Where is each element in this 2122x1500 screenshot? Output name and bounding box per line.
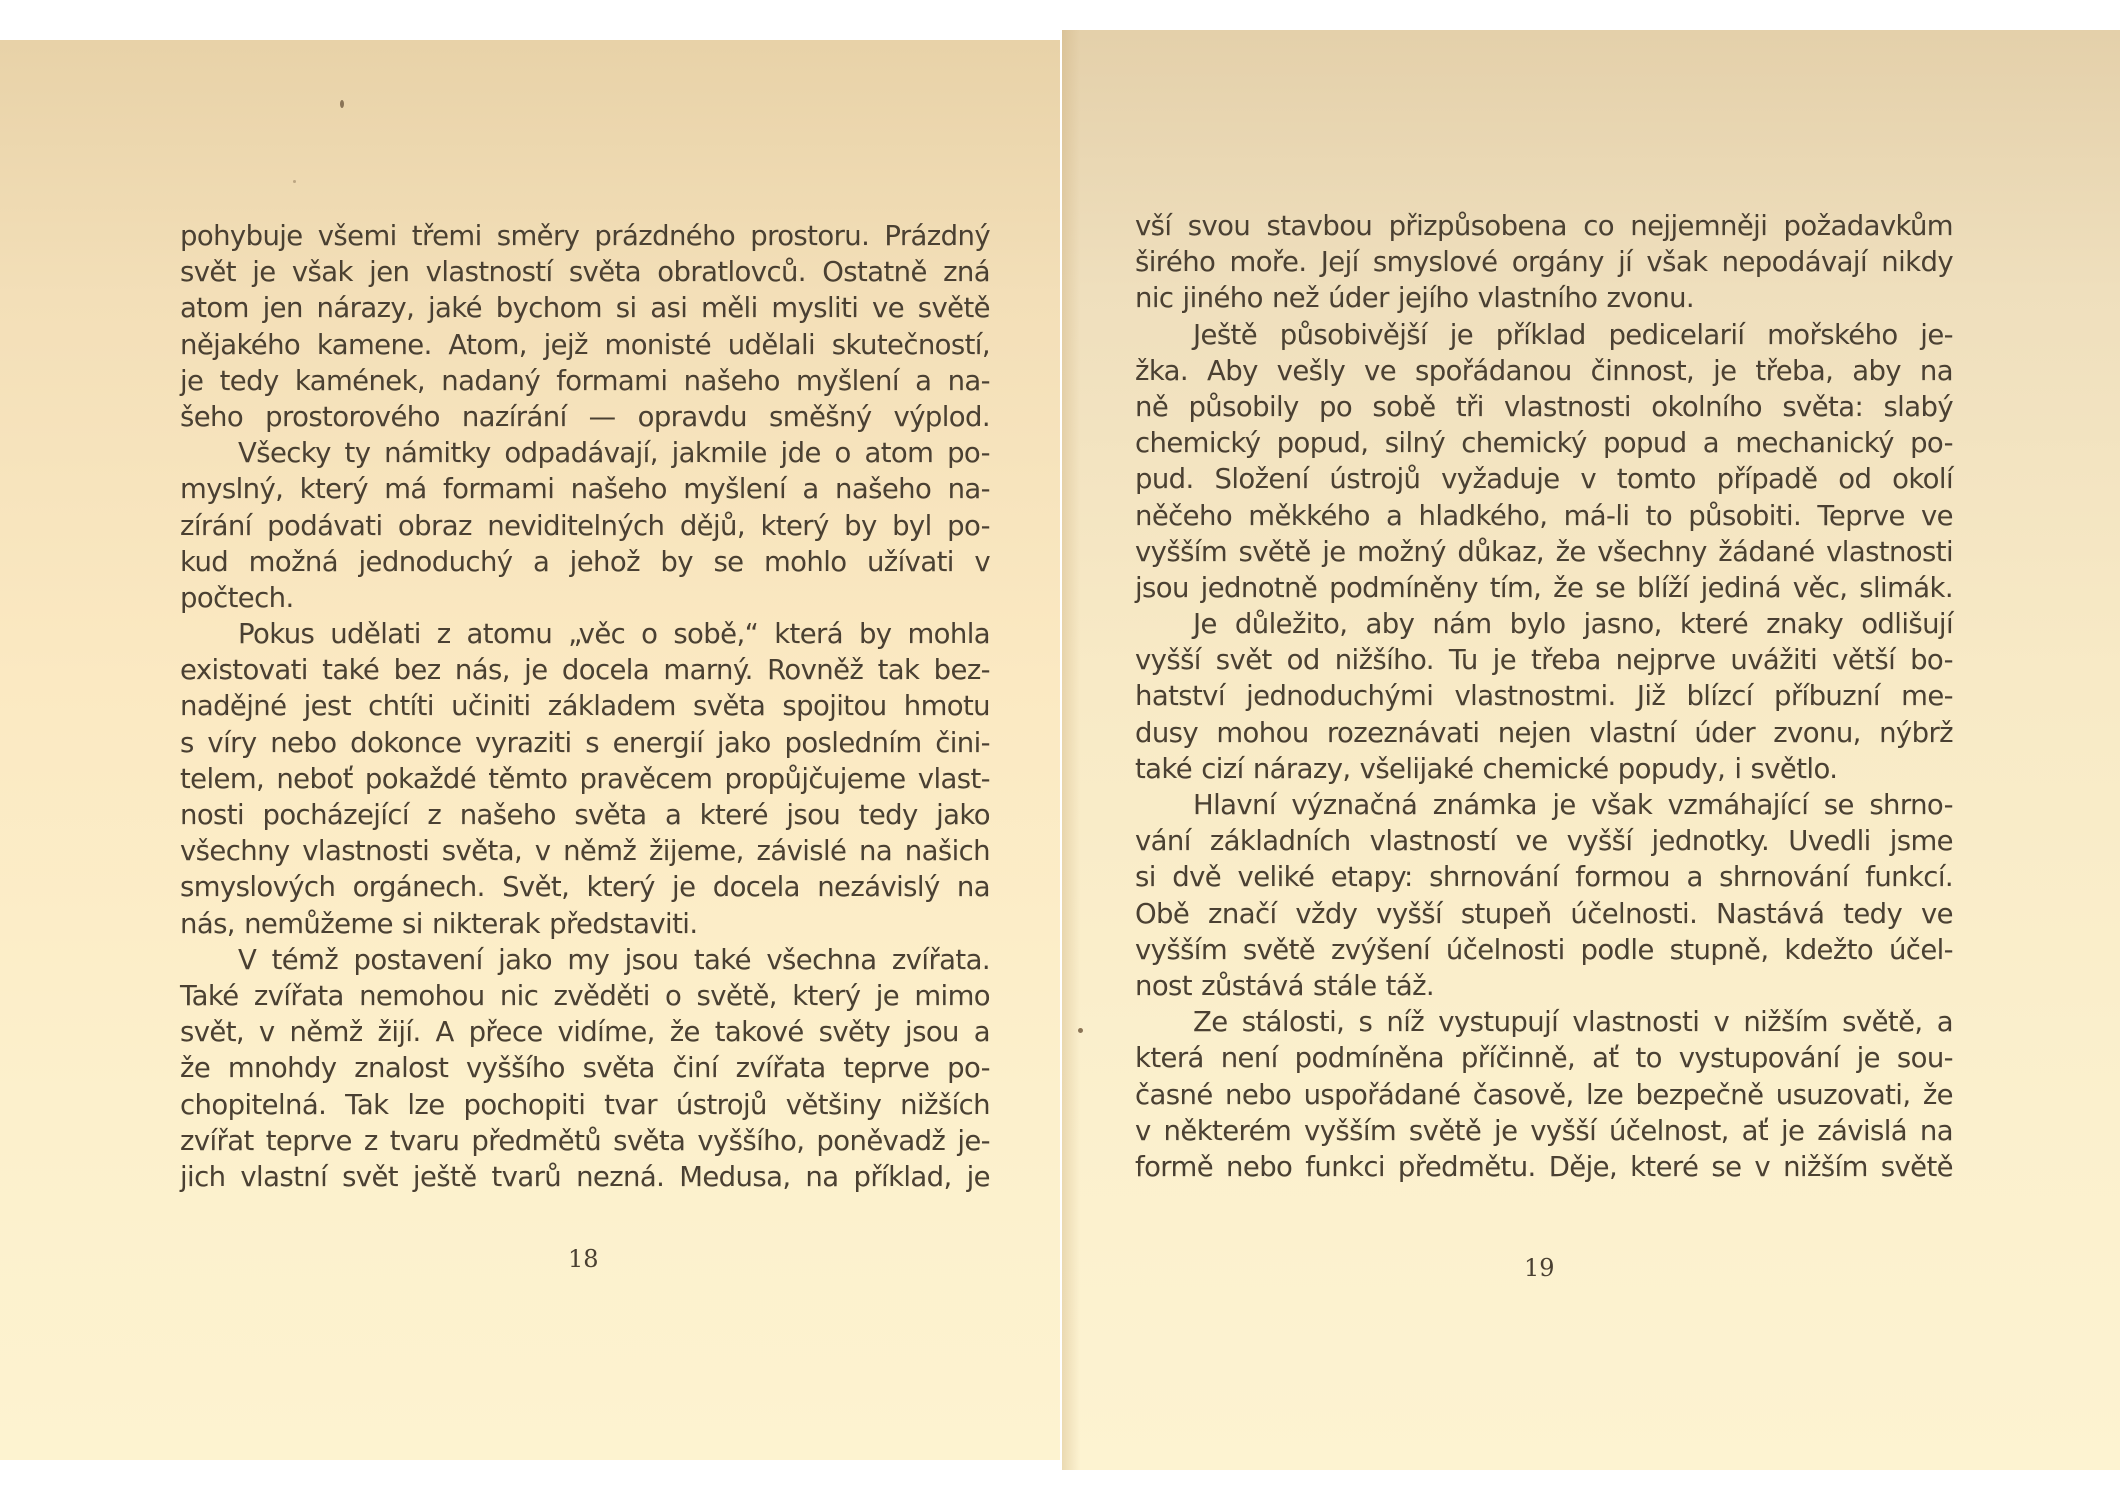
text-line: vání základních vlastností ve vyšší jedn…: [1135, 823, 1953, 859]
text-line: si dvě veliké etapy: shrnování formou a …: [1135, 859, 1953, 895]
text-line: Hlavní význačná známka je však vzmáhajíc…: [1135, 787, 1953, 823]
left-page: pohybuje všemi třemi směry prázdného pro…: [0, 40, 1060, 1460]
text-line: Ze stálosti, s níž vystupují vlastnosti …: [1135, 1004, 1953, 1040]
text-line: Všecky ty námitky odpadávají, jakmile jd…: [180, 435, 990, 471]
text-line: nic jiného než úder jejího vlastního zvo…: [1135, 280, 1953, 316]
text-line: pohybuje všemi třemi směry prázdného pro…: [180, 218, 990, 254]
text-line: počtech.: [180, 580, 990, 616]
text-line: svět je však jen vlastností světa obratl…: [180, 254, 990, 290]
text-line: s víry nebo dokonce vyraziti s energií j…: [180, 725, 990, 761]
text-line: nadějné jest chtíti učiniti základem svě…: [180, 688, 990, 724]
text-line: také cizí nárazy, všelijaké chemické pop…: [1135, 751, 1953, 787]
text-line: ně působily po sobě tři vlastnosti okoln…: [1135, 389, 1953, 425]
text-line: dusy mohou rozeznávati nejen vlastní úde…: [1135, 715, 1953, 751]
right-page: vší svou stavbou přizpůsobena co nejjemn…: [1062, 30, 2120, 1470]
text-line: která není podmíněna příčinně, ať to vys…: [1135, 1040, 1953, 1076]
text-line: je tedy kamének, nadaný formami našeho m…: [180, 363, 990, 399]
text-line: Obě značí vždy vyšší stupeň účelnosti. N…: [1135, 896, 1953, 932]
text-line: svět, v němž žijí. A přece vidíme, že ta…: [180, 1014, 990, 1050]
text-line: formě nebo funkci předmětu. Děje, které …: [1135, 1149, 1953, 1185]
text-line: jsou jednotně podmíněny tím, že se blíží…: [1135, 570, 1953, 606]
text-line: zírání podávati obraz neviditelných dějů…: [180, 508, 990, 544]
text-line: Také zvířata nemohou nic zvěděti o světě…: [180, 978, 990, 1014]
text-line: chemický popud, silný chemický popud a m…: [1135, 425, 1953, 461]
text-line: nosti pocházející z našeho světa a které…: [180, 797, 990, 833]
text-line: pud. Složení ústrojů vyžaduje v tomto př…: [1135, 461, 1953, 497]
text-line: Je důležito, aby nám bylo jasno, které z…: [1135, 606, 1953, 642]
paper-speck: [293, 180, 296, 183]
text-line: V témž postavení jako my jsou také všech…: [180, 942, 990, 978]
text-line: telem, neboť pokaždé těmto pravěcem prop…: [180, 761, 990, 797]
text-line: vší svou stavbou přizpůsobena co nejjemn…: [1135, 208, 1953, 244]
text-line: nost zůstává stále táž.: [1135, 968, 1953, 1004]
text-line: jich vlastní svět ještě tvarů nezná. Med…: [180, 1159, 990, 1195]
text-line: atom jen nárazy, jaké bychom si asi měli…: [180, 290, 990, 326]
text-line: něčeho měkkého a hladkého, má-li to půso…: [1135, 498, 1953, 534]
text-line: že mnohdy znalost vyššího světa činí zví…: [180, 1050, 990, 1086]
paper-speck: [340, 100, 344, 108]
page-number-right: 19: [1524, 1254, 1555, 1282]
text-line: vyšším světě je možný důkaz, že všechny …: [1135, 534, 1953, 570]
text-line: vyšší svět od nižšího. Tu je třeba nejpr…: [1135, 642, 1953, 678]
text-line: existovati také bez nás, je docela marný…: [180, 652, 990, 688]
text-line: chopitelná. Tak lze pochopiti tvar ústro…: [180, 1087, 990, 1123]
text-line: zvířat teprve z tvaru předmětů světa vyš…: [180, 1123, 990, 1159]
text-line: nás, nemůžeme si nikterak představiti.: [180, 906, 990, 942]
text-line: žka. Aby vešly ve spořádanou činnost, je…: [1135, 353, 1953, 389]
text-line: vyšším světě zvýšení účelnosti podle stu…: [1135, 932, 1953, 968]
text-line: hatství jednoduchými vlastnostmi. Již bl…: [1135, 678, 1953, 714]
text-line: šeho prostorového nazírání — opravdu smě…: [180, 399, 990, 435]
text-line: časné nebo uspořádané časově, lze bezpeč…: [1135, 1077, 1953, 1113]
text-line: myslný, který má formami našeho myšlení …: [180, 471, 990, 507]
right-page-text: vší svou stavbou přizpůsobena co nejjemn…: [1135, 208, 1953, 1185]
text-line: smyslových orgánech. Svět, který je doce…: [180, 869, 990, 905]
text-line: v některém vyšším světě je vyšší účelnos…: [1135, 1113, 1953, 1149]
left-page-text: pohybuje všemi třemi směry prázdného pro…: [180, 218, 990, 1195]
text-line: všechny vlastnosti světa, v němž žijeme,…: [180, 833, 990, 869]
page-number-left: 18: [568, 1245, 599, 1273]
text-line: širého moře. Její smyslové orgány jí vša…: [1135, 244, 1953, 280]
text-line: kud možná jednoduchý a jehož by se mohlo…: [180, 544, 990, 580]
paper-speck: [1078, 1028, 1083, 1033]
text-line: nějakého kamene. Atom, jejž monisté uděl…: [180, 327, 990, 363]
text-line: Ještě působivější je příklad pedicelarií…: [1135, 317, 1953, 353]
text-line: Pokus udělati z atomu „věc o sobě,“ kter…: [180, 616, 990, 652]
